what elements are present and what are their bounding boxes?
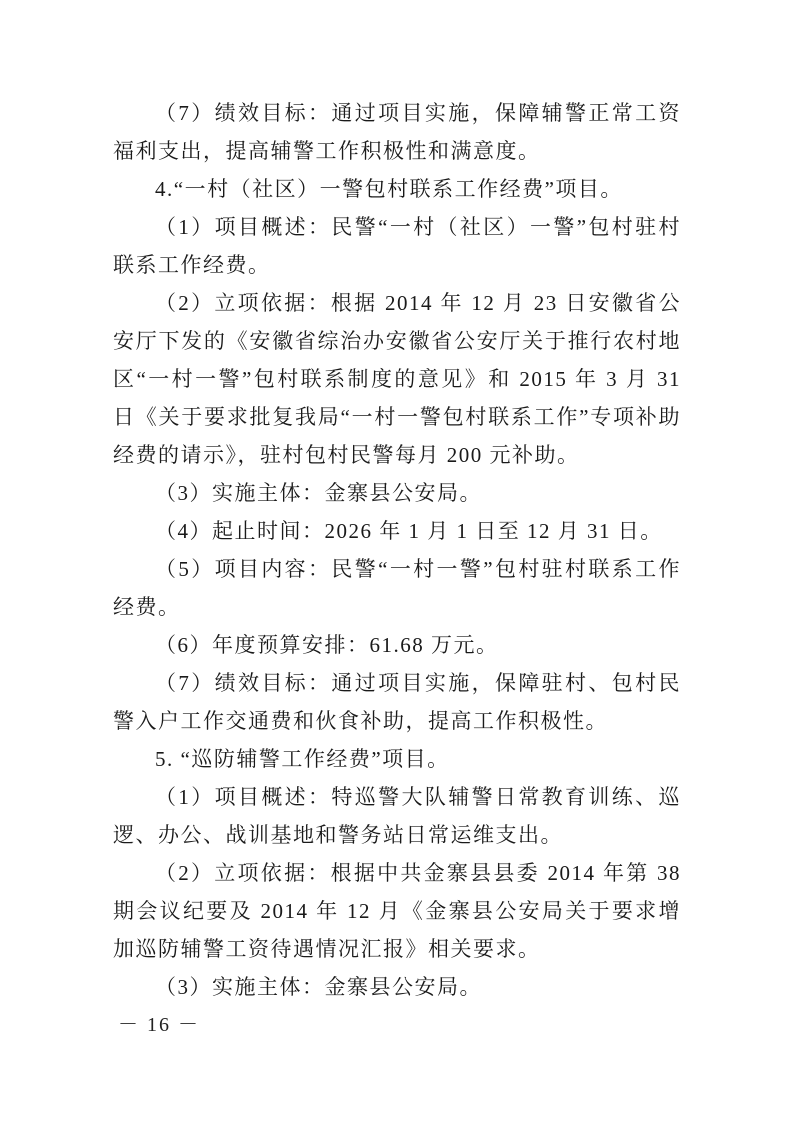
paragraph-project4-overview: （1）项目概述：民警“一村（社区）一警”包村驻村联系工作经费。	[113, 208, 681, 284]
document-body: （7）绩效目标：通过项目实施，保障辅警正常工资福利支出，提高辅警工作积极性和满意…	[113, 94, 681, 1006]
paragraph-project4-content: （5）项目内容：民警“一村一警”包村驻村联系工作经费。	[113, 550, 681, 626]
page-number: － 16 －	[118, 1012, 200, 1038]
heading-project-4: 4.“一村（社区）一警包村联系工作经费”项目。	[113, 170, 681, 208]
paragraph-project4-duration: （4）起止时间：2026 年 1 月 1 日至 12 月 31 日。	[113, 512, 681, 550]
paragraph-project4-performance-goal: （7）绩效目标：通过项目实施，保障驻村、包村民警入户工作交通费和伙食补助，提高工…	[113, 664, 681, 740]
paragraph-project5-implementer: （3）实施主体：金寨县公安局。	[113, 968, 681, 1006]
paragraph-project5-basis: （2）立项依据：根据中共金寨县县委 2014 年第 38 期会议纪要及 2014…	[113, 854, 681, 968]
document-page: （7）绩效目标：通过项目实施，保障辅警正常工资福利支出，提高辅警工作积极性和满意…	[0, 0, 793, 1122]
paragraph-project4-budget: （6）年度预算安排：61.68 万元。	[113, 626, 681, 664]
paragraph-project4-implementer: （3）实施主体：金寨县公安局。	[113, 474, 681, 512]
paragraph-project5-overview: （1）项目概述：特巡警大队辅警日常教育训练、巡逻、办公、战训基地和警务站日常运维…	[113, 778, 681, 854]
paragraph-performance-goal-7: （7）绩效目标：通过项目实施，保障辅警正常工资福利支出，提高辅警工作积极性和满意…	[113, 94, 681, 170]
heading-project-5: 5. “巡防辅警工作经费”项目。	[113, 740, 681, 778]
paragraph-project4-basis: （2）立项依据：根据 2014 年 12 月 23 日安徽省公安厅下发的《安徽省…	[113, 284, 681, 474]
